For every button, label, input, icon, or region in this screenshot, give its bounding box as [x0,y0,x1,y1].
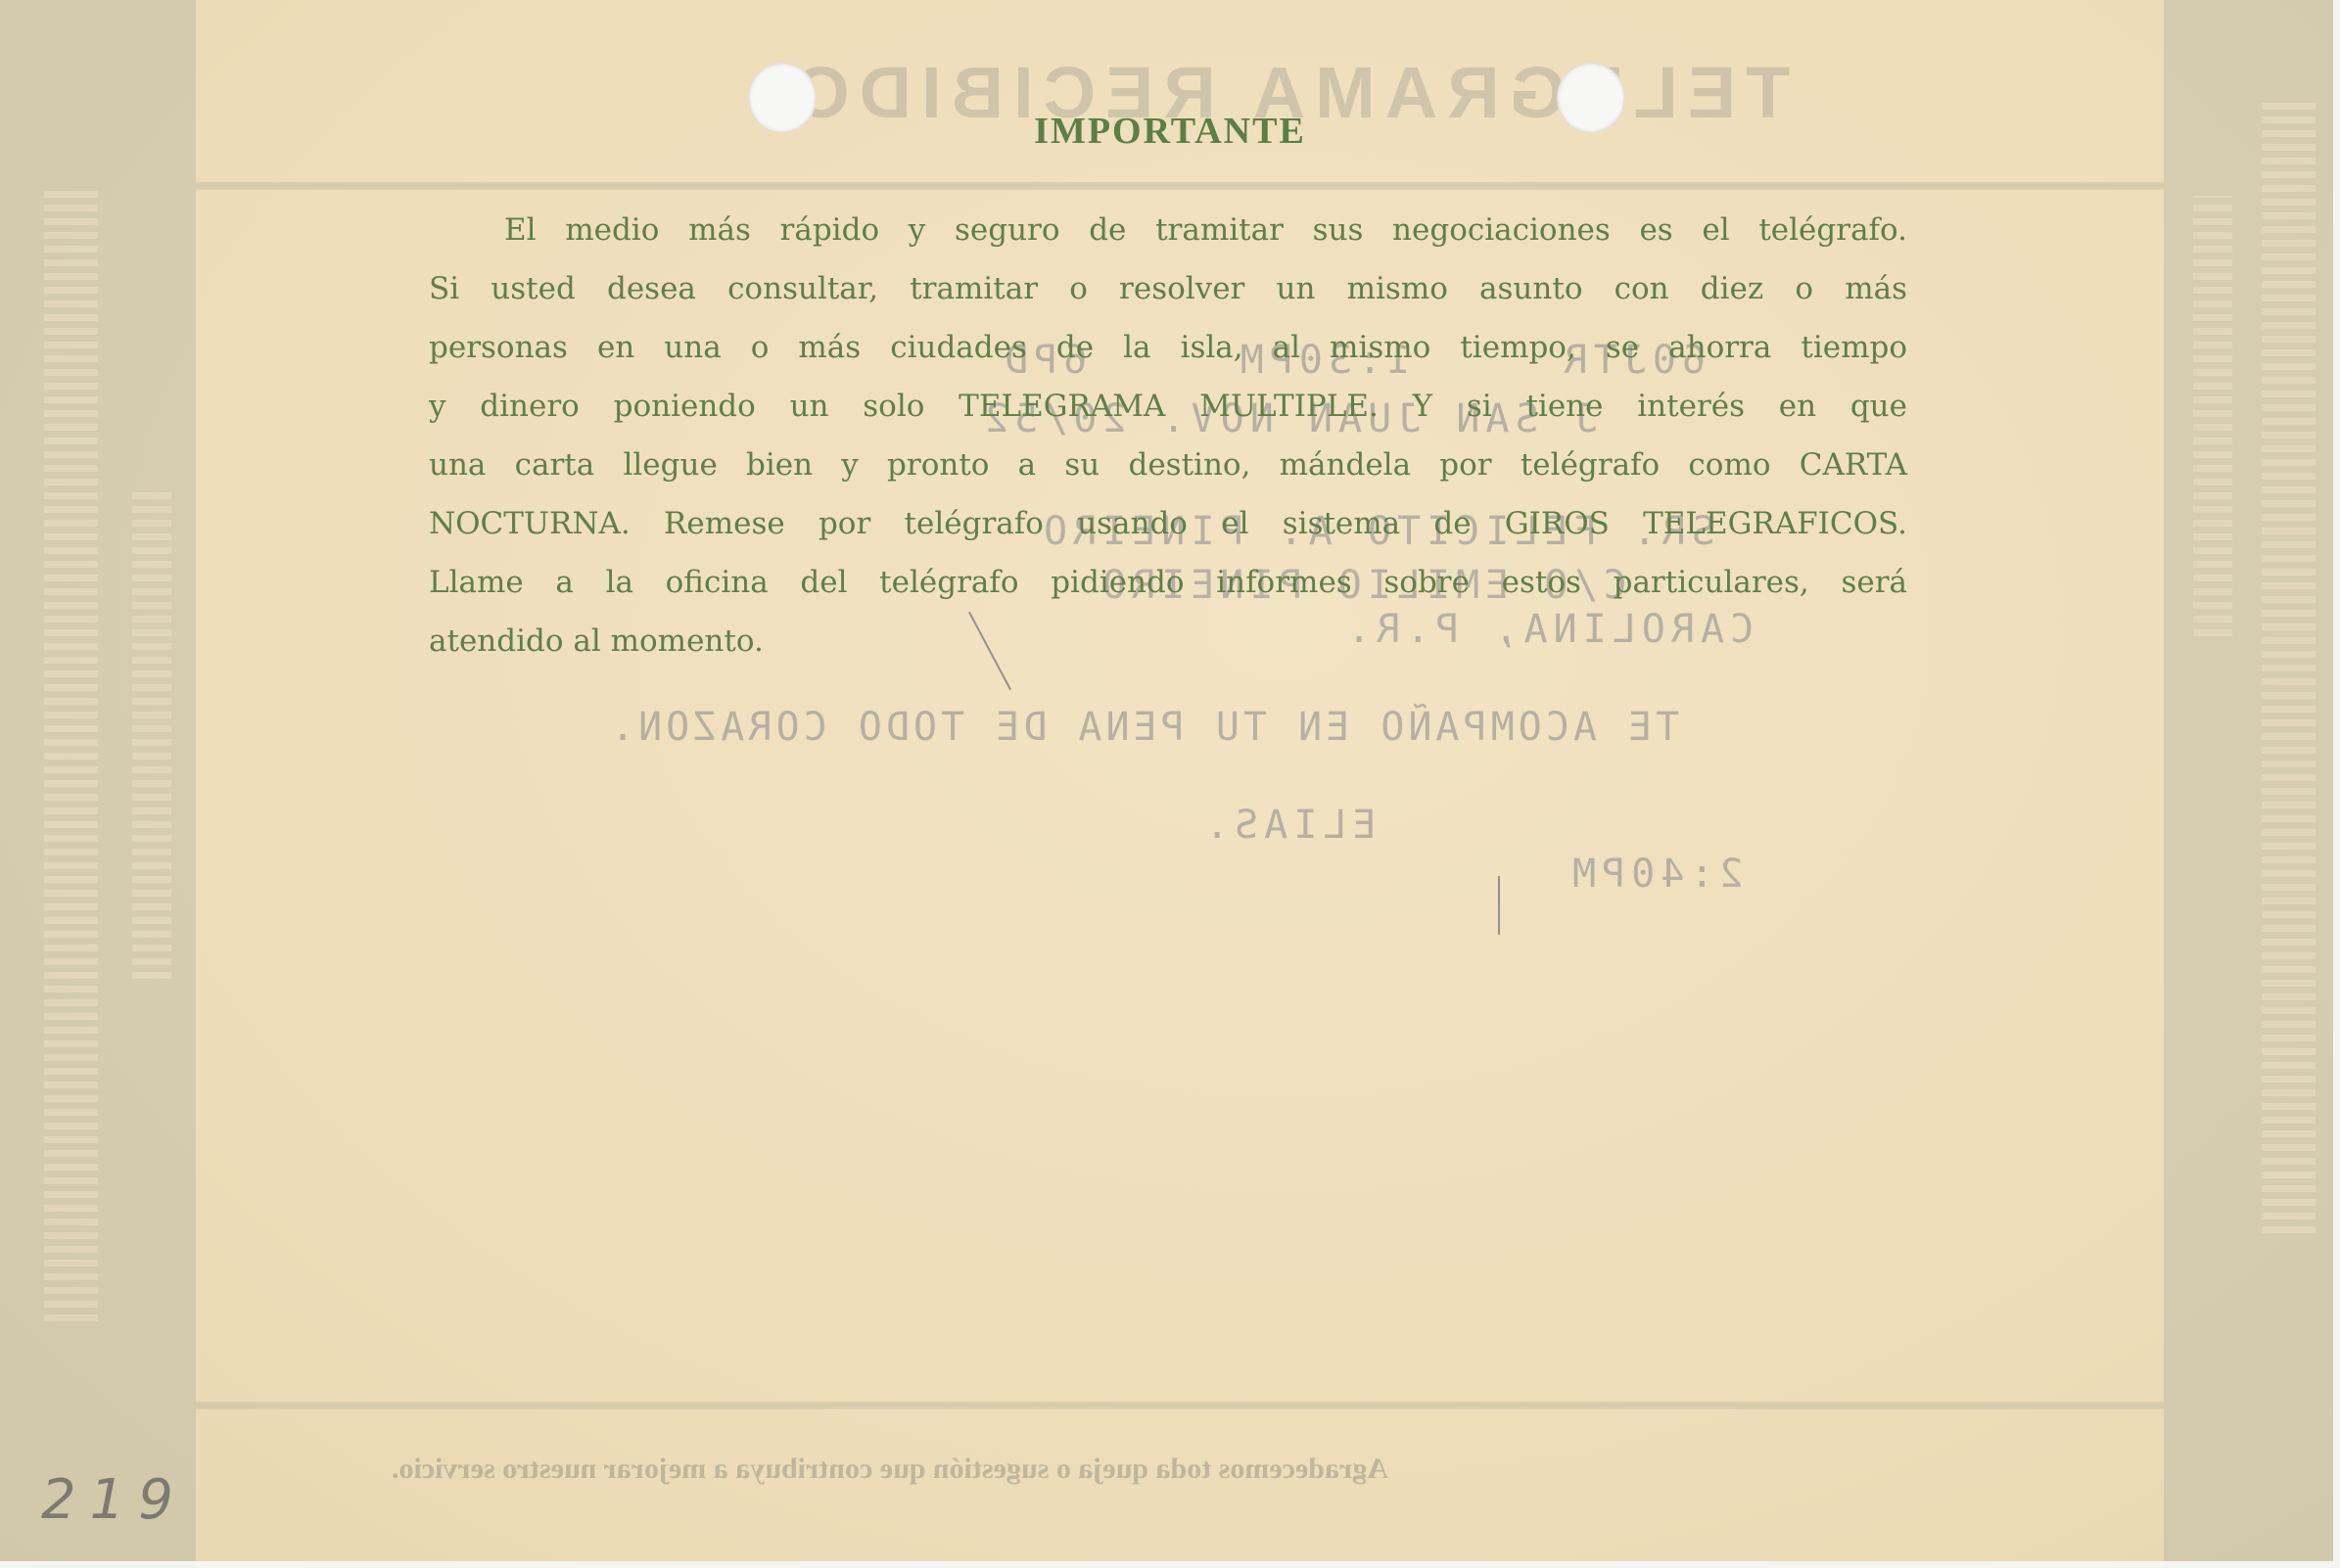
notice-paragraph: El medio más rápido y seguro de tramitar… [429,201,1907,670]
left-margin-band [0,0,196,1561]
paragraph-line: una carta llegue bien y pronto a su dest… [429,436,1907,494]
page-title: IMPORTANTE [0,110,2340,153]
bleed-footer: Agradecemos toda queja o sugestión que c… [392,1453,1388,1486]
handwritten-page-number: 219 [41,1468,187,1532]
paragraph-line: NOCTURNA. Remese por telégrafo usando el… [429,494,1907,553]
paragraph-line: El medio más rápido y seguro de tramitar… [429,201,1907,259]
paragraph-line: Llame a la oficina del telégrafo pidiend… [429,553,1907,612]
pencil-mark [1498,876,1500,935]
paragraph-line: personas en una o más ciudades de la isl… [429,318,1907,377]
right-band-ghost-subtext [2193,196,2232,636]
top-rule [196,182,2164,190]
paragraph-line: y dinero poniendo un solo TELEGRAMA MULT… [429,377,1907,436]
right-band-ghost-text [2262,98,2316,1233]
telegram-card-back: TELEGRAMA RECIBIDO IMPORTANTE 60JTR 1:30… [0,0,2333,1561]
paragraph-line: Si usted desea consultar, tramitar o res… [429,259,1907,318]
paragraph-line: atendido al momento. [429,612,1907,670]
left-band-ghost-subtext [132,489,171,979]
bottom-rule [196,1402,2164,1409]
bleed-line-7: ELIAS. [1199,803,1377,848]
right-margin-band [2164,0,2333,1561]
bleed-line-8: 2:40PM [1567,852,1744,897]
bleed-line-6: TE ACOMPAÑO EN TU PENA DE TODO CORAZON. [607,705,1679,750]
left-band-ghost-text [44,186,98,1321]
